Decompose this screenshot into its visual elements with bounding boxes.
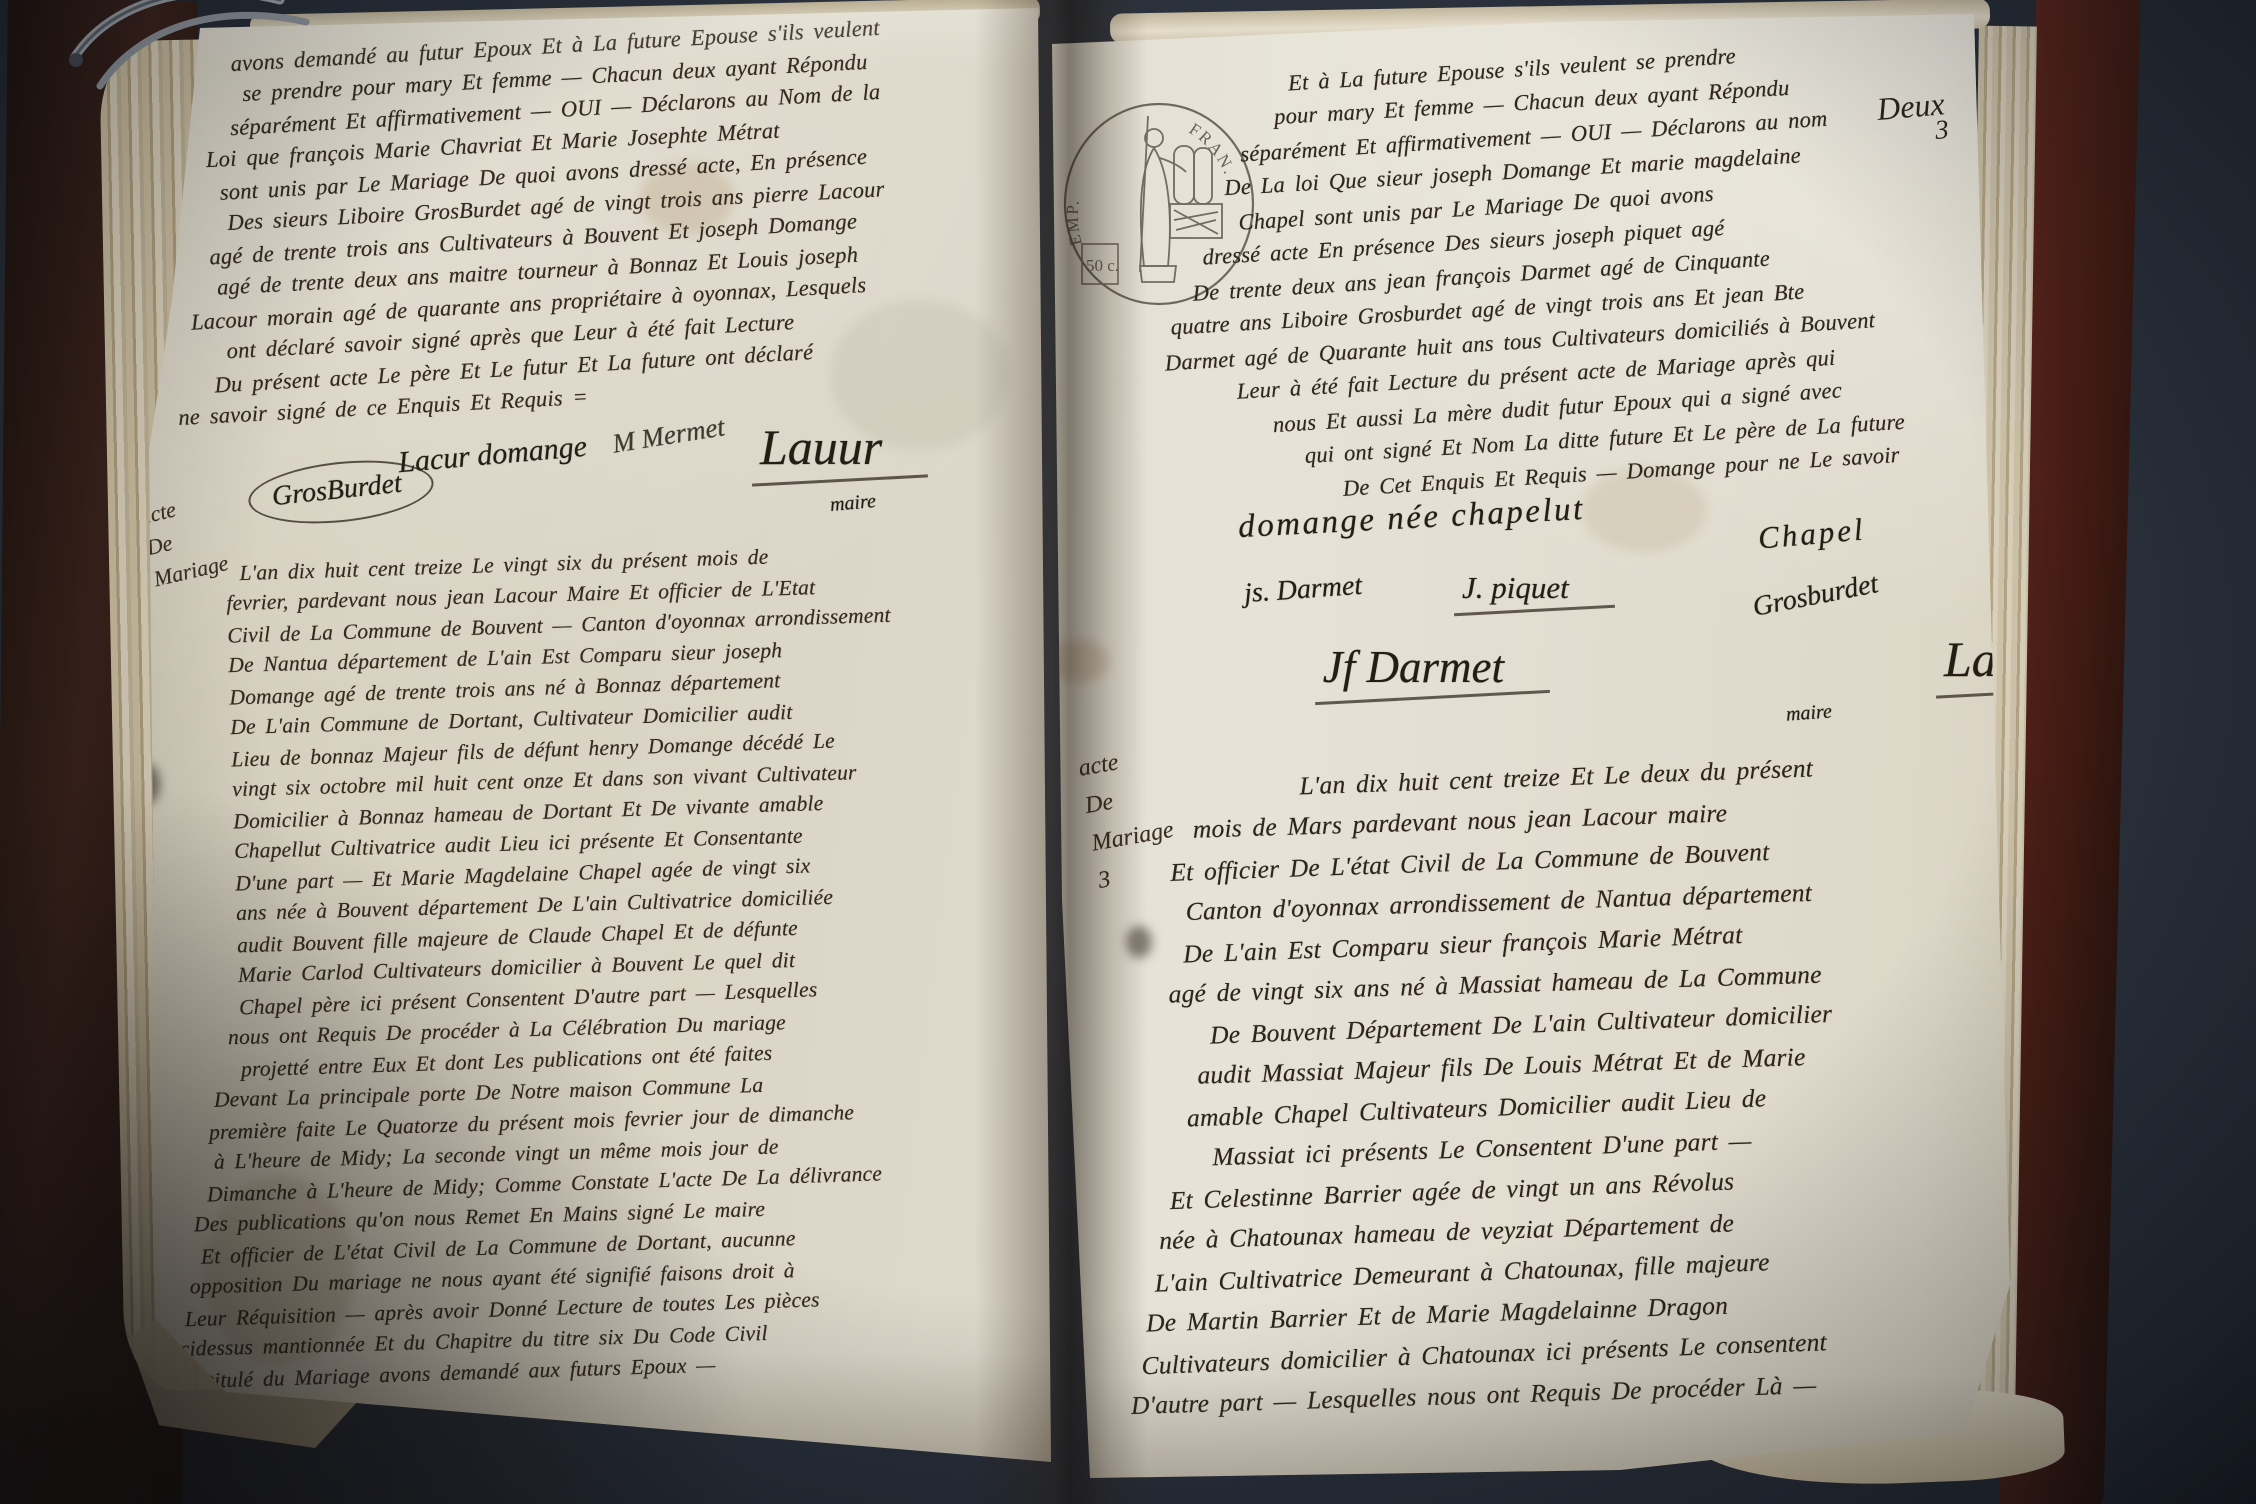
text-line: Marie Carlod Cultivateurs domicilier à B… bbox=[238, 942, 902, 991]
text-line: projetté entre Eux Et dont Les publicati… bbox=[241, 1034, 905, 1086]
signature-mayor-left: Lauur bbox=[760, 419, 882, 475]
text-line: De La loi Que sieur joseph Domange Et ma… bbox=[1223, 134, 1889, 206]
margin-note-line: De bbox=[143, 516, 224, 564]
text-line: Civil de La Commune de Bouvent — Canton … bbox=[227, 600, 891, 652]
svg-text:FRAN.: FRAN. bbox=[1186, 119, 1240, 178]
text-line: Domange agé de trente trois ans né à Bon… bbox=[229, 662, 893, 714]
folio-number: 3 bbox=[1934, 114, 1950, 146]
foxing-stain bbox=[1582, 468, 1706, 552]
text-line: De trente deux ans jean françois Darmet … bbox=[1192, 234, 1896, 311]
text-line: D'autre part — Lesquelles nous ont Requi… bbox=[1130, 1363, 1845, 1426]
text-line: agé de trente deux ans maitre tourneur à… bbox=[216, 237, 893, 304]
text-line: Chapellut Cultivatrice audit Lieu ici pr… bbox=[234, 818, 898, 867]
signature-grosburdet-right: Grosburdet bbox=[1750, 568, 1881, 624]
text-line: De Nantua département de L'ain Est Compa… bbox=[228, 632, 892, 681]
stamp-figure bbox=[1140, 116, 1222, 282]
text-line: sont unis par Le Mariage De quoi avons d… bbox=[219, 140, 888, 209]
text-line: Leur à été fait Lecture du présent acte … bbox=[1236, 337, 1902, 409]
text-line: qui ont signé Et Nom La ditte future Et … bbox=[1304, 405, 1906, 473]
text-line: Darmet agé de Quarante huit ans tous Cul… bbox=[1164, 302, 1900, 381]
text-line: Loi que françois Marie Chavriat Et Marie… bbox=[205, 109, 886, 176]
signature-grosburdet-left: GrosBurdet bbox=[245, 452, 436, 531]
signature-j-piquet: J. piquet bbox=[1462, 570, 1569, 605]
paper-clip-wire bbox=[66, 0, 406, 116]
right-page-act-text: L'an dix huit cent treize Et Le deux du … bbox=[1299, 747, 1846, 1421]
text-line: amable Chapel Cultivateurs Domicilier au… bbox=[1186, 1075, 1835, 1139]
text-line: De Cet Enquis Et Requis — Domange pour n… bbox=[1342, 437, 1908, 505]
signature-chapel: Chapel bbox=[1757, 511, 1867, 556]
text-line: dressé acte En présence Des sieurs josep… bbox=[1202, 201, 1894, 274]
text-line: Dimanche à L'heure de Midy; Comme Consta… bbox=[207, 1157, 909, 1210]
text-line: Du présent acte Le père Et Le futur Et L… bbox=[214, 331, 899, 401]
margin-note-line: Mariage bbox=[151, 547, 232, 595]
book-gutter-shadow bbox=[975, 0, 1147, 1504]
text-line: De L'ain Commune de Dortant, Cultivateur… bbox=[230, 694, 894, 743]
text-line: intitulé du Mariage avons demandé aux fu… bbox=[190, 1343, 914, 1397]
register-photo: avons demandé au futur Epoux Et à La fut… bbox=[0, 0, 2256, 1504]
text-line: Chapel sont unis par Le Mariage De quoi … bbox=[1237, 166, 1891, 240]
text-line: Des sieurs Liboire GrosBurdet agé de vin… bbox=[227, 173, 890, 239]
text-line: L'an dix huit cent treize Le vingt six d… bbox=[239, 538, 889, 589]
text-line: fevrier, pardevant nous jean Lacour Mair… bbox=[226, 570, 890, 619]
text-line: pour mary Et femme — Chacun deux ayant R… bbox=[1273, 66, 1885, 135]
signature-lacur-domange: Lacur domange bbox=[397, 430, 588, 480]
text-line: Domicilier à Bonnaz hameau de Dortant Et… bbox=[233, 786, 897, 838]
text-line: Et à La future Epouse s'ils veulent se p… bbox=[1287, 30, 1883, 100]
text-line: Des publications qu'on nous Remet En Mai… bbox=[194, 1190, 910, 1240]
text-line: L'an dix huit cent treize Et Le deux du … bbox=[1299, 747, 1825, 806]
folio-word: Deux bbox=[1876, 85, 1946, 127]
text-line: Lacour morain agé de quarante ans propri… bbox=[190, 267, 895, 338]
text-line: à L'heure de Midy; La seconde vingt un m… bbox=[214, 1128, 908, 1178]
text-line: née à Chatounax hameau de veyziat Départ… bbox=[1159, 1199, 1840, 1261]
text-line: De L'ain Est Comparu sieur françois Mari… bbox=[1183, 911, 1830, 975]
text-line: Devant La principale porte De Notre mais… bbox=[214, 1066, 906, 1116]
text-line: cidessus mantionnée Et du Chapitre du ti… bbox=[179, 1314, 913, 1365]
text-line: séparément Et affirmativement — OUI — Dé… bbox=[1239, 98, 1887, 171]
margin-note-acte-de-mariage: acteDeMariage bbox=[136, 485, 231, 596]
text-line: Et officier De L'état Civil de La Commun… bbox=[1170, 829, 1827, 893]
text-line: audit Massiat Majeur fils De Louis Métra… bbox=[1197, 1035, 1834, 1095]
signature-mayor-title-right: maire bbox=[1785, 700, 1832, 726]
text-line: nous Et aussi La mère dudit futur Epoux … bbox=[1272, 370, 1904, 442]
left-page-act-text: L'an dix huit cent treize Le vingt six d… bbox=[225, 538, 914, 1395]
text-line: Et officier de L'état Civil de La Commun… bbox=[200, 1219, 910, 1272]
text-line: ne savoir signé de ce Enquis Et Requis = bbox=[178, 365, 901, 434]
text-line: De Martin Barrier Et de Marie Magdelainn… bbox=[1145, 1281, 1842, 1343]
signature-paraph: M Mermet bbox=[610, 411, 727, 459]
text-line: Massiat ici présents Le Consentent D'une… bbox=[1212, 1117, 1837, 1177]
text-line: première faite Le Quatorze du présent mo… bbox=[209, 1096, 907, 1149]
text-line: ans née à Bouvent département De L'ain C… bbox=[236, 880, 900, 929]
stamp-right-text: FRAN. bbox=[1186, 119, 1240, 178]
text-line: quatre ans Liboire Grosburdet agé de vin… bbox=[1170, 269, 1898, 344]
text-line: opposition Du mariage ne nous ayant été … bbox=[189, 1252, 911, 1303]
text-line: agé de vingt six ans né à Massiat hameau… bbox=[1168, 953, 1831, 1014]
signature-domange-nee-chapelut: domange née chapelut bbox=[1237, 491, 1585, 546]
text-line: Lieu de bonnaz Majeur fils de défunt hen… bbox=[231, 724, 895, 776]
text-line: agé de trente trois ans Cultivateurs à B… bbox=[209, 204, 892, 274]
text-line: De Bouvent Département De L'ain Cultivat… bbox=[1209, 993, 1832, 1056]
foxing-stain bbox=[205, 1175, 355, 1365]
text-line: vingt six octobre mil huit cent onze Et … bbox=[232, 756, 896, 805]
text-line: Leur Réquisition — après avoir Donné Lec… bbox=[184, 1281, 912, 1335]
text-line: mois de Mars pardevant nous jean Lacour … bbox=[1192, 789, 1825, 849]
text-line: Et Celestinne Barrier agée de vingt un a… bbox=[1169, 1157, 1838, 1221]
text-line: audit Bouvent fille majeure de Claude Ch… bbox=[237, 910, 901, 962]
signature-jf-darmet: Jf Darmet bbox=[1323, 642, 1504, 692]
text-line: ont déclaré savoir signé après que Leur … bbox=[226, 301, 897, 367]
signature-js-darmet: js. Darmet bbox=[1243, 570, 1363, 610]
text-line: Cultivateurs domicilier à Chatounax ici … bbox=[1141, 1321, 1844, 1386]
text-line: Chapel père ici présent Consentent D'aut… bbox=[239, 972, 903, 1024]
right-page-act-end-text: Et à La future Epouse s'ils veulent se p… bbox=[1287, 30, 1908, 507]
text-line: L'ain Cultivatrice Demeurant à Chatounax… bbox=[1154, 1239, 1841, 1304]
foxing-stain bbox=[640, 162, 734, 234]
text-line: Canton d'oyonnax arrondissement de Nantu… bbox=[1185, 871, 1828, 932]
signature-mayor-title-left: maire bbox=[829, 490, 877, 517]
folio-mark: Deux 3 bbox=[1876, 85, 1950, 151]
text-line: D'une part — Et Marie Magdelaine Chapel … bbox=[235, 848, 899, 900]
text-line: nous ont Requis De procéder à La Célébra… bbox=[228, 1004, 904, 1053]
